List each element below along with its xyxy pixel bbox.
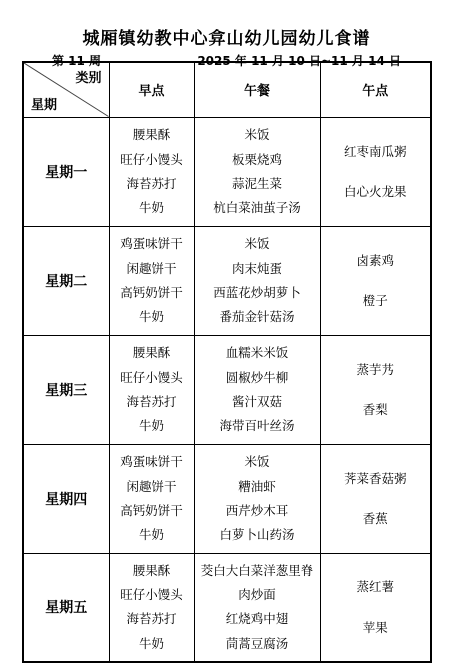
- menu-item: 茭白大白菜洋葱里脊: [201, 564, 314, 578]
- menu-item: 圆椒炒牛柳: [226, 371, 289, 385]
- menu-item: 海苔苏打: [126, 177, 176, 191]
- menu-table: 类别 星期 早点 午餐 午点 星期一腰果酥旺仔小馒头海苔苏打牛奶米饭板栗烧鸡蒜泥…: [22, 61, 432, 663]
- snack-items: 荠菜香菇粥香蕉: [321, 445, 431, 552]
- corner-category-label: 类别: [75, 67, 101, 86]
- menu-page: 城厢镇幼教中心弇山幼儿园幼儿食谱 第 11 周 2025 年 11 月 10 日…: [0, 0, 453, 669]
- lunch-cell: 米饭糟油虾西芹炒木耳白萝卜山药汤: [194, 444, 320, 553]
- col-header-lunch: 午餐: [194, 62, 320, 117]
- menu-item: 米饭: [244, 128, 269, 142]
- lunch-items: 米饭板栗烧鸡蒜泥生菜杭白菜油茧子汤: [195, 118, 320, 225]
- menu-item: 橙子: [363, 294, 388, 308]
- menu-item: 蒸红薯: [356, 580, 394, 594]
- menu-item: 腰果酥: [133, 346, 171, 360]
- table-row: 星期五腰果酥旺仔小馒头海苔苏打牛奶茭白大白菜洋葱里脊肉炒面红烧鸡中翅茼蒿豆腐汤蒸…: [23, 553, 431, 662]
- page-title: 城厢镇幼教中心弇山幼儿园幼儿食谱: [0, 0, 453, 49]
- lunch-cell: 米饭肉末炖蛋西蓝花炒胡萝卜番茄金针菇汤: [194, 226, 320, 335]
- menu-item: 苹果: [363, 621, 388, 635]
- menu-item: 酱汁双菇: [232, 395, 282, 409]
- menu-item: 旺仔小馒头: [120, 371, 183, 385]
- breakfast-items: 腰果酥旺仔小馒头海苔苏打牛奶: [110, 554, 194, 661]
- menu-item: 血糯米米饭: [226, 346, 289, 360]
- menu-item: 杭白菜油茧子汤: [213, 201, 301, 215]
- menu-item: 白萝卜山药汤: [219, 528, 294, 542]
- menu-item: 牛奶: [139, 201, 164, 215]
- table-row: 星期一腰果酥旺仔小馒头海苔苏打牛奶米饭板栗烧鸡蒜泥生菜杭白菜油茧子汤红枣南瓜粥白…: [23, 117, 431, 226]
- snack-cell: 卤素鸡橙子: [320, 226, 431, 335]
- menu-item: 米饭: [244, 455, 269, 469]
- corner-cell: 类别 星期: [23, 62, 109, 117]
- menu-item: 鸡蛋味饼干: [120, 237, 183, 251]
- day-label: 星期三: [23, 335, 109, 444]
- menu-item: 卤素鸡: [356, 254, 394, 268]
- day-label: 星期一: [23, 117, 109, 226]
- menu-item: 牛奶: [139, 528, 164, 542]
- lunch-cell: 米饭板栗烧鸡蒜泥生菜杭白菜油茧子汤: [194, 117, 320, 226]
- snack-cell: 蒸红薯苹果: [320, 553, 431, 662]
- menu-item: 米饭: [244, 237, 269, 251]
- lunch-items: 米饭肉末炖蛋西蓝花炒胡萝卜番茄金针菇汤: [195, 227, 320, 334]
- menu-item: 板栗烧鸡: [232, 153, 282, 167]
- header-row: 类别 星期 早点 午餐 午点: [23, 62, 431, 117]
- breakfast-items: 腰果酥旺仔小馒头海苔苏打牛奶: [110, 118, 194, 225]
- lunch-items: 茭白大白菜洋葱里脊肉炒面红烧鸡中翅茼蒿豆腐汤: [195, 554, 320, 661]
- day-label: 星期五: [23, 553, 109, 662]
- snack-items: 红枣南瓜粥白心火龙果: [321, 118, 431, 225]
- table-row: 星期三腰果酥旺仔小馒头海苔苏打牛奶血糯米米饭圆椒炒牛柳酱汁双菇海带百叶丝汤蒸芋艿…: [23, 335, 431, 444]
- day-label: 星期二: [23, 226, 109, 335]
- menu-item: 海苔苏打: [126, 395, 176, 409]
- menu-item: 牛奶: [139, 637, 164, 651]
- menu-item: 腰果酥: [133, 564, 171, 578]
- snack-cell: 荠菜香菇粥香蕉: [320, 444, 431, 553]
- menu-item: 肉炒面: [238, 588, 276, 602]
- breakfast-cell: 腰果酥旺仔小馒头海苔苏打牛奶: [109, 553, 194, 662]
- menu-item: 闲趣饼干: [126, 262, 176, 276]
- lunch-items: 米饭糟油虾西芹炒木耳白萝卜山药汤: [195, 445, 320, 552]
- menu-item: 红枣南瓜粥: [344, 145, 407, 159]
- snack-items: 蒸红薯苹果: [321, 554, 431, 661]
- menu-item: 香梨: [363, 403, 388, 417]
- col-header-breakfast: 早点: [109, 62, 194, 117]
- menu-item: 鸡蛋味饼干: [120, 455, 183, 469]
- table-row: 星期二鸡蛋味饼干闲趣饼干高钙奶饼干牛奶米饭肉末炖蛋西蓝花炒胡萝卜番茄金针菇汤卤素…: [23, 226, 431, 335]
- menu-item: 香蕉: [363, 512, 388, 526]
- lunch-cell: 茭白大白菜洋葱里脊肉炒面红烧鸡中翅茼蒿豆腐汤: [194, 553, 320, 662]
- col-header-snack: 午点: [320, 62, 431, 117]
- menu-item: 白心火龙果: [344, 185, 407, 199]
- breakfast-cell: 鸡蛋味饼干闲趣饼干高钙奶饼干牛奶: [109, 444, 194, 553]
- menu-item: 西蓝花炒胡萝卜: [213, 286, 301, 300]
- snack-cell: 蒸芋艿香梨: [320, 335, 431, 444]
- snack-items: 蒸芋艿香梨: [321, 336, 431, 443]
- menu-item: 海苔苏打: [126, 612, 176, 626]
- menu-item: 糟油虾: [238, 480, 276, 494]
- menu-item: 旺仔小馒头: [120, 153, 183, 167]
- table-row: 星期四鸡蛋味饼干闲趣饼干高钙奶饼干牛奶米饭糟油虾西芹炒木耳白萝卜山药汤荠菜香菇粥…: [23, 444, 431, 553]
- day-label: 星期四: [23, 444, 109, 553]
- menu-item: 红烧鸡中翅: [226, 612, 289, 626]
- menu-item: 番茄金针菇汤: [219, 310, 294, 324]
- menu-item: 闲趣饼干: [126, 480, 176, 494]
- breakfast-cell: 腰果酥旺仔小馒头海苔苏打牛奶: [109, 117, 194, 226]
- menu-item: 茼蒿豆腐汤: [226, 637, 289, 651]
- breakfast-items: 腰果酥旺仔小馒头海苔苏打牛奶: [110, 336, 194, 443]
- snack-cell: 红枣南瓜粥白心火龙果: [320, 117, 431, 226]
- menu-item: 牛奶: [139, 310, 164, 324]
- menu-item: 高钙奶饼干: [120, 504, 183, 518]
- snack-items: 卤素鸡橙子: [321, 227, 431, 334]
- corner-day-label: 星期: [31, 94, 57, 113]
- menu-item: 高钙奶饼干: [120, 286, 183, 300]
- menu-item: 旺仔小馒头: [120, 588, 183, 602]
- breakfast-cell: 腰果酥旺仔小馒头海苔苏打牛奶: [109, 335, 194, 444]
- breakfast-items: 鸡蛋味饼干闲趣饼干高钙奶饼干牛奶: [110, 445, 194, 552]
- menu-item: 蒜泥生菜: [232, 177, 282, 191]
- menu-item: 海带百叶丝汤: [219, 419, 294, 433]
- menu-item: 荠菜香菇粥: [344, 472, 407, 486]
- menu-item: 腰果酥: [133, 128, 171, 142]
- lunch-cell: 血糯米米饭圆椒炒牛柳酱汁双菇海带百叶丝汤: [194, 335, 320, 444]
- menu-item: 蒸芋艿: [356, 363, 394, 377]
- menu-item: 肉末炖蛋: [232, 262, 282, 276]
- breakfast-cell: 鸡蛋味饼干闲趣饼干高钙奶饼干牛奶: [109, 226, 194, 335]
- lunch-items: 血糯米米饭圆椒炒牛柳酱汁双菇海带百叶丝汤: [195, 336, 320, 443]
- breakfast-items: 鸡蛋味饼干闲趣饼干高钙奶饼干牛奶: [110, 227, 194, 334]
- menu-item: 西芹炒木耳: [226, 504, 289, 518]
- menu-item: 牛奶: [139, 419, 164, 433]
